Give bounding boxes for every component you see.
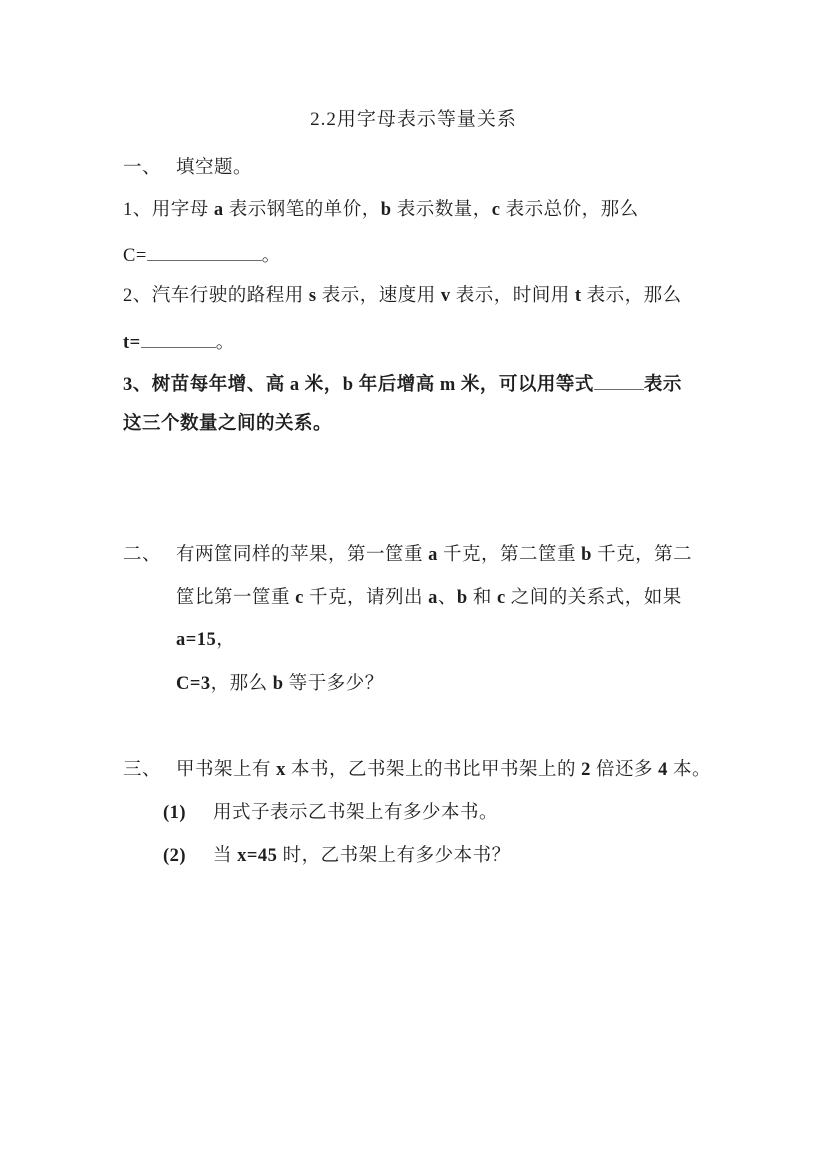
text-segment: 有两筐同样的苹果，第一筐重	[176, 545, 428, 565]
text-segment: t	[575, 286, 582, 306]
text-segment: x	[276, 760, 286, 780]
fill-in-blank	[147, 242, 262, 261]
text-segment: (1)	[163, 803, 186, 823]
text-segment: 。	[262, 246, 281, 266]
section1-heading: 一、填空题。	[123, 157, 252, 180]
text-segment: 表示钢笔的单价，	[224, 200, 381, 220]
text-segment: 2	[581, 760, 591, 780]
text-segment: 时，乙书架上有多少本书？	[277, 846, 510, 866]
section3-line1: 三、甲书架上有 x 本书，乙书架上的书比甲书架上的 2 倍还多 4 本。	[123, 759, 711, 782]
text-segment: 表示，那么	[582, 286, 682, 306]
text-segment: 千克，请列出	[304, 588, 428, 608]
section1-number: 一、	[123, 157, 176, 180]
section2-line1-text: 有两筐同样的苹果，第一筐重 a 千克，第二筐重 b 千克，第二	[176, 545, 692, 565]
text-segment: 米，	[300, 375, 343, 395]
text-segment: a	[214, 200, 224, 220]
section3-number: 三、	[123, 759, 176, 782]
section1-heading-text: 填空题。	[176, 158, 252, 178]
text-segment: b	[343, 375, 354, 395]
text-segment: c	[497, 588, 506, 608]
text-segment: v	[441, 286, 451, 306]
text-segment: 当	[213, 846, 237, 866]
text-segment: b	[381, 200, 392, 220]
section2-line1: 二、有两筐同样的苹果，第一筐重 a 千克，第二筐重 b 千克，第二	[123, 544, 692, 567]
worksheet-page: 2.2用字母表示等量关系 一、填空题。 1、用字母 a 表示钢笔的单价，b 表示…	[0, 0, 827, 1169]
text-segment: m	[440, 375, 456, 395]
question2-answer-line: t=。	[123, 329, 235, 355]
text-segment: 倍还多	[591, 760, 658, 780]
section3-line1-text: 甲书架上有 x 本书，乙书架上的书比甲书架上的 2 倍还多 4 本。	[176, 760, 711, 780]
text-segment: a	[428, 545, 438, 565]
text-segment: 3、树苗每年增、高	[123, 375, 290, 395]
text-segment: 表示	[644, 375, 682, 395]
text-segment: 本书，乙书架上的书比甲书架上的	[286, 760, 581, 780]
text-segment: 米，可以用等式	[456, 375, 594, 395]
text-segment: 1、用字母	[123, 200, 214, 220]
text-segment: 甲书架上有	[176, 760, 276, 780]
text-segment: 表示，速度用	[317, 286, 441, 306]
question1-answer-line: C=。	[123, 242, 281, 268]
text-segment: a	[290, 375, 300, 395]
section3-item2-text: 当 x=45 时，乙书架上有多少本书？	[213, 846, 511, 866]
text-segment: 筐比第一筐重	[176, 588, 295, 608]
text-segment: 。	[216, 333, 235, 353]
section2-line2: 筐比第一筐重 c 千克，请列出 a、b 和 c 之间的关系式，如果	[176, 587, 682, 610]
text-segment: 表示，时间用	[451, 286, 575, 306]
text-segment: 2、汽车行驶的路程用	[123, 286, 309, 306]
text-segment: 表示数量，	[392, 200, 492, 220]
text-segment: s	[309, 286, 317, 306]
text-segment: c	[295, 588, 304, 608]
text-segment: 、	[438, 588, 457, 608]
section3-item1-text: 用式子表示乙书架上有多少本书。	[213, 803, 498, 823]
text-segment: 用式子表示乙书架上有多少本书。	[213, 803, 498, 823]
text-segment: 等于多少？	[284, 674, 384, 694]
text-segment: a	[428, 588, 438, 608]
text-segment: 本。	[668, 760, 711, 780]
text-segment: 4	[658, 760, 668, 780]
question3-line2: 这三个数量之间的关系。	[123, 413, 332, 436]
text-segment: 千克，第二	[592, 545, 692, 565]
worksheet-title: 2.2用字母表示等量关系	[0, 108, 827, 132]
fill-in-blank	[141, 329, 216, 348]
section3-item2: (2)当 x=45 时，乙书架上有多少本书？	[163, 845, 511, 868]
text-segment: b	[457, 588, 468, 608]
text-segment: 年后增高	[354, 375, 440, 395]
text-segment: 和	[468, 588, 497, 608]
question2-line1: 2、汽车行驶的路程用 s 表示，速度用 v 表示，时间用 t 表示，那么	[123, 285, 682, 308]
text-segment: C=3	[176, 674, 211, 694]
question1-line1: 1、用字母 a 表示钢笔的单价，b 表示数量，c 表示总价，那么	[123, 199, 639, 222]
section3-item2-number: (2)	[163, 845, 213, 868]
text-segment: (2)	[163, 846, 186, 866]
section2-number: 二、	[123, 544, 176, 567]
text-segment: t=	[123, 333, 141, 353]
text-segment: 表示总价，那么	[500, 200, 638, 220]
text-segment: a=15	[176, 630, 216, 650]
text-segment: 千克，第二筐重	[438, 545, 581, 565]
section3-item1: (1)用式子表示乙书架上有多少本书。	[163, 802, 498, 825]
fill-in-blank	[594, 371, 644, 390]
text-segment: ，那么	[211, 674, 273, 694]
text-segment: x=45	[237, 846, 277, 866]
section2-line3: a=15，	[176, 629, 235, 652]
text-segment: b	[581, 545, 592, 565]
text-segment: C=	[123, 246, 147, 266]
text-segment: ，	[216, 630, 235, 650]
text-segment: 之间的关系式，如果	[506, 588, 682, 608]
question3-line1: 3、树苗每年增、高 a 米，b 年后增高 m 米，可以用等式表示	[123, 371, 682, 397]
text-segment: b	[273, 674, 284, 694]
section3-item1-number: (1)	[163, 802, 213, 825]
text-segment: 这三个数量之间的关系。	[123, 414, 332, 434]
section2-line4: C=3，那么 b 等于多少？	[176, 673, 384, 696]
